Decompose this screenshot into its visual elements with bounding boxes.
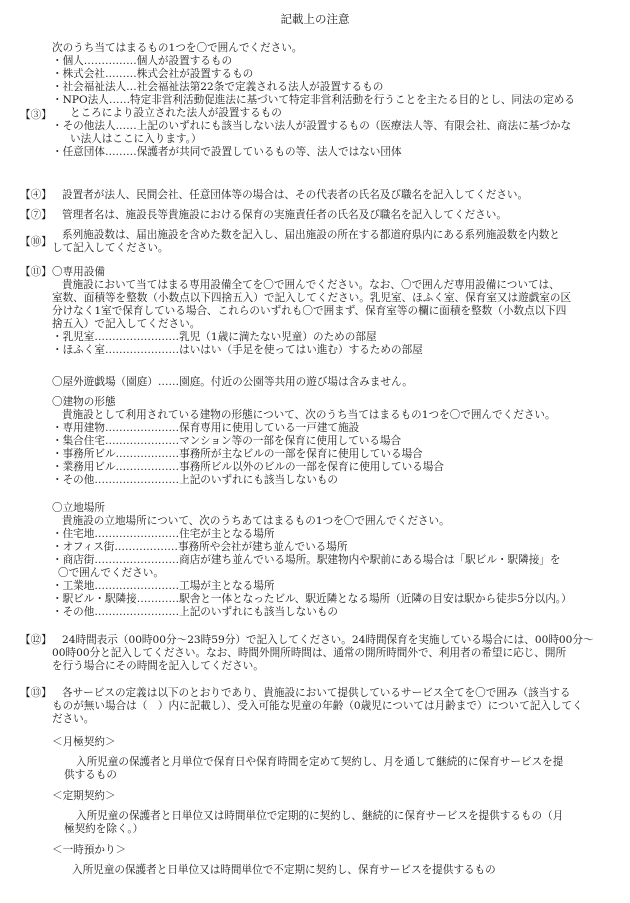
item-term: ・集合住宅………………… [52, 435, 179, 448]
item-desc: 商店が建ち並んでいる場所。駅建物内や駅前にある場合は「駅ビル・駅隣接」を [179, 554, 560, 566]
building-intro: 貴施設として利用されている建物の形態について、次のうち当てはまるもの1つを〇で囲… [52, 409, 617, 422]
section-13: 各サービスの定義は以下のとおりであり、貴施設において提供しているサービス全てを〇… [52, 687, 617, 726]
section-11-location: 〇立地場所 貴施設の立地場所について、次のうちあてはまるもの1つを〇で囲んでくだ… [52, 502, 617, 619]
item-desc: マンション等の一部を保育に使用している場合 [179, 435, 401, 447]
item-term: ・業務用ビル……………… [52, 461, 179, 474]
section-4: 設置者が法人、民間会社、任意団体等の場合は、その代表者の氏名及び職名を記入してく… [52, 189, 617, 202]
list-item: ・オフィス街………………事務所や会社が建ち並んでいる場所 [52, 541, 617, 554]
list-item: ・任意団体………保護者が共同で設置しているもの等、法人ではない団体 [52, 146, 617, 159]
service-heading: ＜月極契約＞ [52, 736, 617, 749]
service-text: 供するもの [52, 769, 617, 782]
service-text: 入所児童の保護者と日単位又は時間単位で不定期に契約し、保育サービスを提供するもの [52, 864, 617, 877]
location-heading: 〇立地場所 [52, 502, 617, 515]
section-4-text: 設置者が法人、民間会社、任意団体等の場合は、その代表者の氏名及び職名を記入してく… [52, 189, 617, 202]
list-item: ・専用建物…………………保育専用に使用している一戸建て施設 [52, 422, 617, 435]
item-term: ・その他…………………… [52, 474, 179, 487]
section-12-line: 00時00分と記入してください。なお、時間外開所時間は、通常の開所時間外で、利用… [52, 647, 617, 660]
service-text: 入所児童の保護者と月単位で保育日や保育時間を定めて契約し、月を通して継続的に保育… [52, 756, 617, 769]
item-term: ・工業地…………………… [52, 580, 179, 593]
list-item: ・事務所ビル………………事務所が主なビルの一部を保育に使用している場合 [52, 448, 617, 461]
list-item-continuation: い法人はここに入ります。） [52, 133, 617, 146]
list-item: ・その他法人……上記のいずれにも該当しない法人が設置するもの（医療法人等、有限会… [52, 120, 617, 133]
list-item: ・個人……………個人が設置するもの [52, 55, 617, 68]
section-11-building: 〇建物の形態 貴施設として利用されている建物の形態について、次のうち当てはまるも… [52, 396, 617, 487]
section-10: 系列施設数は、届出施設を含めた数を記入し、届出施設の所在する都道府県内にある系列… [52, 229, 617, 255]
item-desc: 保育専用に使用している一戸建て施設 [179, 422, 359, 434]
service-text: 極契約を除く。） [52, 823, 617, 836]
item-desc: 事務所が主なビルの一部を保育に使用している場合 [179, 448, 423, 460]
section-7-text: 管理者名は、施設長等貴施設における保育の実施責任者の氏名及び職名を記入してくださ… [52, 209, 617, 222]
facilities-text: 貴施設において当てはまる専用設備全てを〇で囲んでください。なお、〇で囲んだ専用設… [52, 279, 617, 292]
section-12-line: を行う場合にその時間を記入してください。 [52, 660, 617, 673]
item-term: ・乳児室…………………… [52, 331, 179, 344]
list-item: ・株式会社………株式会社が設置するもの [52, 68, 617, 81]
item-term: ・オフィス街……………… [52, 541, 178, 554]
location-intro: 貴施設の立地場所について、次のうちあてはまるもの1つを〇で囲んでください。 [52, 515, 617, 528]
building-heading: 〇建物の形態 [52, 396, 617, 409]
service-text: 入所児童の保護者と日単位又は時間単位で定期的に契約し、継続的に保育サービスを提供… [52, 810, 617, 823]
section-13-line: 各サービスの定義は以下のとおりであり、貴施設において提供しているサービス全てを〇… [52, 687, 617, 700]
list-item: ・工業地……………………工場が主となる場所 [52, 580, 617, 593]
section-13-line: ものが無い場合は（ ）内に記載し）、受入可能な児童の年齢（0歳児については月齢ま… [52, 700, 617, 713]
service-temporary: ＜一時預かり＞ 入所児童の保護者と日単位又は時間単位で不定期に契約し、保育サービ… [52, 844, 617, 877]
section-12-line: 24時間表示（00時00分～23時59分）で記入してください。24時間保育を実施… [52, 634, 617, 647]
item-term: ・専用建物………………… [52, 422, 179, 435]
item-term: ・その他…………………… [52, 606, 179, 619]
item-desc: 上記のいずれにも該当しないもの [179, 474, 338, 486]
section-10-line: して記入してください。 [52, 242, 617, 255]
service-heading: ＜一時預かり＞ [52, 844, 617, 857]
item-desc: はいはい（手足を使ってはい進む）するための部屋 [179, 344, 423, 356]
list-item: ・その他……………………上記のいずれにも該当しないもの [52, 606, 617, 619]
marker-10: 【⑩】 [20, 236, 52, 249]
service-monthly: ＜月極契約＞ 入所児童の保護者と月単位で保育日や保育時間を定めて契約し、月を通し… [52, 736, 617, 782]
item-term: ・駅ビル・駅隣接………… [52, 593, 179, 606]
item-desc: 乳児（1歳に満たない児童）のための部屋 [179, 331, 376, 343]
facilities-text: 捨五入）で記入してください。 [52, 318, 617, 331]
marker-3: 【③】 [20, 109, 52, 122]
list-item: ・業務用ビル………………事務所ビル以外のビルの一部を保育に使用している場合 [52, 461, 617, 474]
marker-11: 【⑪】 [20, 266, 52, 279]
section-3: 次のうち当てはまるもの1つを〇で囲んでください。 ・個人……………個人が設置する… [52, 42, 617, 159]
outdoor-text: 〇屋外遊戯場（園庭）……園庭。付近の公園等共用の遊び場は含みません。 [52, 376, 617, 389]
marker-12: 【⑫】 [20, 634, 52, 647]
list-item: ・社会福祉法人…社会福祉法第22条で定義される法人が設置するもの [52, 81, 617, 94]
item-term: ・商店街…………………… [52, 554, 179, 567]
list-item: ・駅ビル・駅隣接…………駅舎と一体となったビル、駅近隣となる場所（近隣の目安は駅… [52, 593, 617, 606]
section-7: 管理者名は、施設長等貴施設における保育の実施責任者の氏名及び職名を記入してくださ… [52, 209, 617, 222]
item-desc: 事務所や会社が建ち並んでいる場所 [178, 541, 348, 553]
service-heading: ＜定期契約＞ [52, 790, 617, 803]
facilities-text: 室数、面積等を整数（小数点以下四捨五入）で記入してください。乳児室、ほふく室、保… [52, 292, 617, 305]
list-item: ・NPO法人……特定非営利活動促進法に基づいて特定非営利活動を行うことを主たる目… [52, 94, 617, 107]
section-12: 24時間表示（00時00分～23時59分）で記入してください。24時間保育を実施… [52, 634, 617, 673]
list-item: ・その他……………………上記のいずれにも該当しないもの [52, 474, 617, 487]
item-desc: 住宅が主となる場所 [179, 528, 274, 540]
list-item-continuation: ところにより設立された法人が設置するもの [52, 107, 617, 120]
list-item: ・商店街……………………商店が建ち並んでいる場所。駅建物内や駅前にある場合は「駅… [52, 554, 617, 567]
service-regular: ＜定期契約＞ 入所児童の保護者と日単位又は時間単位で定期的に契約し、継続的に保育… [52, 790, 617, 836]
item-desc: 事務所ビル以外のビルの一部を保育に使用している場合 [179, 461, 444, 473]
section-10-line: 系列施設数は、届出施設を含めた数を記入し、届出施設の所在する都道府県内にある系列… [52, 229, 617, 242]
list-item: ・集合住宅…………………マンション等の一部を保育に使用している場合 [52, 435, 617, 448]
item-desc: 上記のいずれにも該当しないもの [179, 606, 338, 618]
list-item: ・乳児室……………………乳児（1歳に満たない児童）のための部屋 [52, 331, 617, 344]
item-term: ・住宅地…………………… [52, 528, 179, 541]
list-item: ・住宅地……………………住宅が主となる場所 [52, 528, 617, 541]
document-title: 記載上の注意 [0, 13, 630, 26]
facilities-text: 分けなく1室で保育している場合、これらのいずれも〇で囲まず、保育室等の欄に面積を… [52, 305, 617, 318]
item-term: ・事務所ビル……………… [52, 448, 179, 461]
section-3-intro: 次のうち当てはまるもの1つを〇で囲んでください。 [52, 42, 617, 55]
item-term: ・ほふく室………………… [52, 344, 179, 357]
facilities-heading: 〇専用設備 [52, 266, 617, 279]
marker-7: 【⑦】 [20, 209, 52, 222]
item-desc: 工場が主となる場所 [179, 580, 274, 592]
marker-13: 【⑬】 [20, 687, 52, 700]
marker-4: 【④】 [20, 189, 52, 202]
section-13-line: ださい。 [52, 713, 617, 726]
section-11-outdoor: 〇屋外遊戯場（園庭）……園庭。付近の公園等共用の遊び場は含みません。 [52, 376, 617, 389]
list-item-continuation: 〇で囲んでください。 [52, 567, 617, 580]
list-item: ・ほふく室…………………はいはい（手足を使ってはい進む）するための部屋 [52, 344, 617, 357]
item-desc: 駅舎と一体となったビル、駅近隣となる場所（近隣の目安は駅から徒歩5分以内。） [179, 593, 572, 605]
section-11-facilities: 〇専用設備 貴施設において当てはまる専用設備全てを〇で囲んでください。なお、〇で… [52, 266, 617, 357]
